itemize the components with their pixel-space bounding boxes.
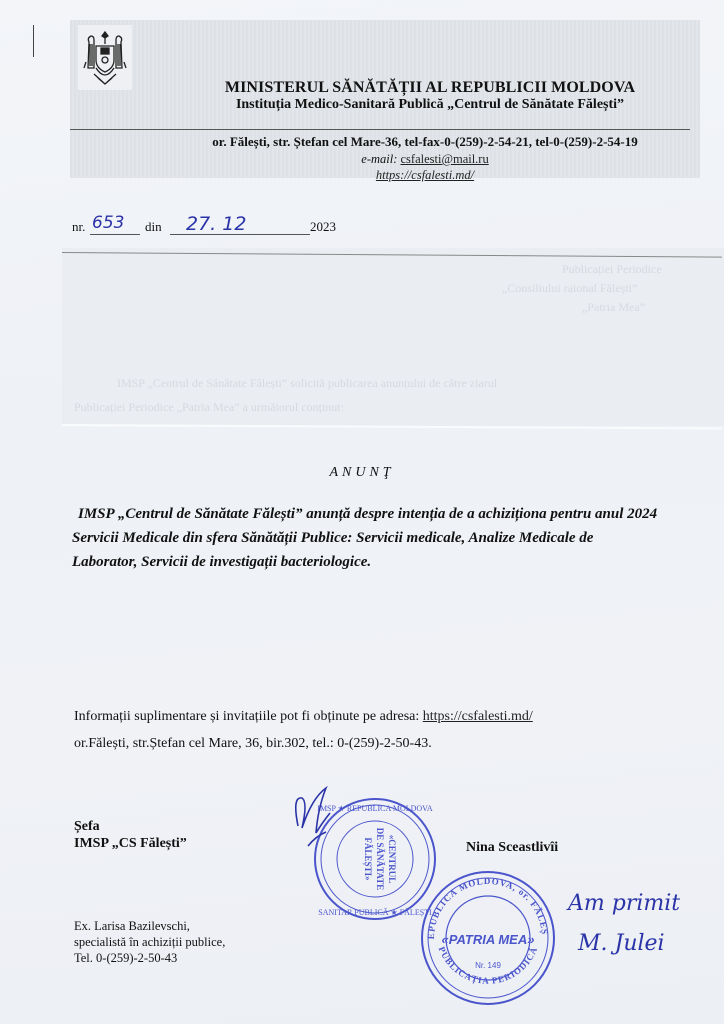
- bleed-through-area: Publicației Periodice „Consiliului raion…: [62, 248, 724, 426]
- svg-text:FĂLEȘTI»: FĂLEȘTI»: [363, 837, 373, 881]
- ghost-line: IMSP „Centrul de Sănătate Fălești” solic…: [117, 376, 497, 391]
- executor-block: Ex. Larisa Bazilevschi, specialistă în a…: [74, 918, 225, 966]
- ghost-line: „Patria Mea”: [582, 300, 645, 315]
- signatory-block: Șefa IMSP „CS Fălești”: [74, 818, 187, 852]
- announcement-body: IMSP „Centrul de Sănătate Fălești” anunț…: [72, 502, 662, 574]
- executor-title: specialistă în achiziții publice,: [74, 934, 225, 950]
- scan-mark: [30, 25, 34, 57]
- received-note-handwriting: Am primit M. Julei: [560, 878, 710, 978]
- email-link[interactable]: csfalesti@mail.ru: [401, 152, 489, 166]
- date-value: 27. 12: [186, 213, 246, 235]
- svg-text:«PATRIA MEA»: «PATRIA MEA»: [442, 932, 535, 947]
- year: 2023: [310, 219, 336, 235]
- ghost-line: „Consiliului raional Fălești”: [502, 281, 637, 296]
- additional-info: Informații suplimentare și invitațiile p…: [74, 703, 694, 757]
- executor-name: Ex. Larisa Bazilevschi,: [74, 918, 225, 934]
- reference-row: nr. 653 din 27. 12 2023: [72, 217, 372, 241]
- svg-text:REPUBLICA MOLDOVA, or. FĂLEȘTI: REPUBLICA MOLDOVA, or. FĂLEȘTI: [418, 868, 550, 939]
- director-signature-icon: [288, 786, 348, 866]
- email-line: e-mail: csfalesti@mail.ru: [150, 152, 700, 167]
- svg-text:DE SĂNĂTATE: DE SĂNĂTATE: [375, 828, 385, 890]
- signatory-role: Șefa: [74, 818, 187, 835]
- executor-phone: Tel. 0-(259)-2-50-43: [74, 950, 225, 966]
- ministry-title: MINISTERUL SĂNĂTĂȚII AL REPUBLICII MOLDO…: [195, 79, 665, 97]
- newspaper-stamp-icon: REPUBLICA MOLDOVA, or. FĂLEȘTI PUBLICAȚI…: [418, 868, 558, 1008]
- date-underline: [170, 234, 310, 235]
- svg-text:M. Julei: M. Julei: [577, 931, 665, 956]
- ghost-line: Publicației Periodice: [562, 262, 662, 277]
- din-label: din: [145, 219, 162, 235]
- info-website-link[interactable]: https://csfalesti.md/: [423, 709, 533, 724]
- signatory-org: IMSP „CS Fălești”: [74, 835, 187, 852]
- moldova-coat-of-arms-icon: [80, 28, 130, 88]
- header-divider: [70, 129, 690, 130]
- institution-name: Instituția Medico-Sanitară Publică „Cent…: [160, 97, 700, 113]
- nr-underline: [90, 234, 140, 235]
- website-link[interactable]: https://csfalesti.md/: [376, 168, 474, 182]
- signatory-name: Nina Sceastlivîi: [466, 840, 558, 856]
- ghost-line: Publicației Periodice „Patria Mea” a urm…: [74, 400, 344, 415]
- svg-text:«CENTRUL: «CENTRUL: [387, 835, 397, 884]
- svg-text:Nr. 149: Nr. 149: [475, 961, 501, 970]
- nr-value: 653: [92, 213, 124, 233]
- nr-label: nr.: [72, 219, 85, 235]
- info-address: or.Fălești, str.Ștefan cel Mare, 36, bir…: [74, 736, 432, 751]
- email-label: e-mail:: [361, 152, 397, 166]
- svg-text:SANITAR PUBLICĂ ★ FĂLEȘTI: SANITAR PUBLICĂ ★ FĂLEȘTI: [318, 908, 432, 917]
- info-text: Informații suplimentare și invitațiile p…: [74, 709, 423, 724]
- institution-address: or. Fălești, str. Ștefan cel Mare-36, te…: [150, 134, 700, 150]
- svg-text:Am primit: Am primit: [566, 891, 680, 916]
- website-line: https://csfalesti.md/: [150, 168, 700, 183]
- announcement-title: ANUNŢ: [0, 465, 724, 481]
